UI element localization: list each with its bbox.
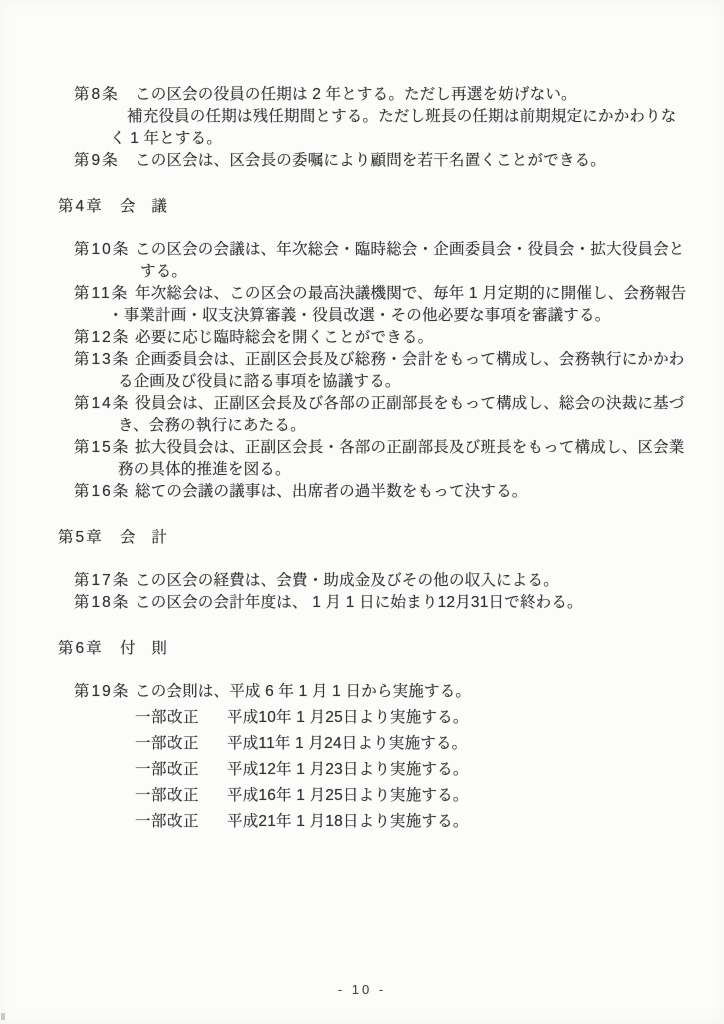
line-text: 総ての会議の議事は、出席者の過半数をもって決する。 bbox=[135, 483, 528, 500]
line-text: 会 議 bbox=[120, 198, 167, 215]
line-text: 補充役員の任期は残任期間とする。ただし班長の任期は前期規定にかかわりな bbox=[127, 108, 677, 125]
article-line: 第8条この区会の役員の任期は 2 年とする。ただし再選を妨げない。 bbox=[0, 84, 724, 106]
article-number: 第14条 bbox=[74, 393, 135, 415]
page-number: - 10 - bbox=[0, 982, 724, 997]
article-line: 第11条年次総会は、この区会の最高決議機関で、毎年 1 月定期的に開催し、会務報… bbox=[0, 283, 724, 305]
article-line: 第9条この区会は、区会長の委嘱により顧問を若干名置くことができる。 bbox=[0, 150, 724, 172]
amendment-label: 一部改正 bbox=[135, 809, 227, 835]
article-line: 第10条この区会の会議は、年次総会・臨時総会・企画委員会・役員会・拡大役員会と bbox=[0, 239, 724, 261]
article-number: 第16条 bbox=[74, 481, 135, 503]
article-number: 第12条 bbox=[74, 327, 135, 349]
line-text: 平成16年 1 月25日より実施する。 bbox=[227, 787, 469, 804]
chapter-heading-line: 第6章付 則 bbox=[0, 638, 724, 660]
line-text: する。 bbox=[140, 263, 187, 280]
line-text: この区会の会計年度は、 1 月 1 日に始まり12月31日で終わる。 bbox=[135, 594, 583, 611]
line-text: 平成10年 1 月25日より実施する。 bbox=[227, 709, 469, 726]
line-text: る企画及び役員に諮る事項を協議する。 bbox=[118, 373, 401, 390]
chapter-number: 第5章 bbox=[58, 527, 120, 549]
line-text: 平成12年 1 月23日より実施する。 bbox=[227, 761, 469, 778]
continuation-line: き、会務の執行にあたる。 bbox=[0, 415, 724, 437]
line-text: ・事業計画・収支決算審義・役員改選・その他必要な事項を審議する。 bbox=[108, 307, 610, 324]
amendment-label: 一部改正 bbox=[135, 731, 227, 757]
line-text: き、会務の執行にあたる。 bbox=[118, 417, 306, 434]
amendment-label: 一部改正 bbox=[135, 705, 227, 731]
line-text: この区会は、区会長の委嘱により顧問を若干名置くことができる。 bbox=[135, 152, 606, 169]
chapter-heading-line: 第5章会 計 bbox=[0, 527, 724, 549]
amendment-line: 一部改正平成21年 1 月18日より実施する。 bbox=[0, 809, 724, 835]
line-text: 付 則 bbox=[120, 640, 167, 657]
line-text: 必要に応じ臨時総会を開くことができる。 bbox=[135, 329, 433, 346]
article-number: 第15条 bbox=[74, 437, 135, 459]
article-line: 第18条この区会の会計年度は、 1 月 1 日に始まり12月31日で終わる。 bbox=[0, 592, 724, 614]
chapter-number: 第6章 bbox=[58, 638, 120, 660]
article-line: 第19条この会則は、平成 6 年 1 月 1 日から実施する。 bbox=[0, 681, 724, 703]
article-line: 第15条拡大役員会は、正副区会長・各部の正副部長及び班長をもって構成し、区会業 bbox=[0, 437, 724, 459]
scanned-document-page: 第8条この区会の役員の任期は 2 年とする。ただし再選を妨げない。補充役員の任期… bbox=[0, 0, 724, 1024]
line-text: 平成11年 1 月24日より実施する。 bbox=[227, 735, 467, 752]
line-text: 企画委員会は、正副区会長及び総務・会計をもって構成し、会務執行にかかわ bbox=[135, 351, 685, 368]
line-text: 年次総会は、この区会の最高決議機関で、毎年 1 月定期的に開催し、会務報告 bbox=[135, 285, 686, 302]
line-text: この会則は、平成 6 年 1 月 1 日から実施する。 bbox=[135, 683, 471, 700]
amendment-line: 一部改正平成11年 1 月24日より実施する。 bbox=[0, 731, 724, 757]
continuation-line: 務の具体的推進を図る。 bbox=[0, 459, 724, 481]
article-line: 第13条企画委員会は、正副区会長及び総務・会計をもって構成し、会務執行にかかわ bbox=[0, 349, 724, 371]
line-text: 会 計 bbox=[120, 529, 167, 546]
article-number: 第9条 bbox=[74, 150, 135, 172]
line-text: 平成21年 1 月18日より実施する。 bbox=[227, 813, 469, 830]
continuation-line: ・事業計画・収支決算審義・役員改選・その他必要な事項を審議する。 bbox=[0, 305, 724, 327]
document-body: 第8条この区会の役員の任期は 2 年とする。ただし再選を妨げない。補充役員の任期… bbox=[0, 0, 724, 835]
article-number: 第13条 bbox=[74, 349, 135, 371]
article-line: 第12条必要に応じ臨時総会を開くことができる。 bbox=[0, 327, 724, 349]
line-text: 拡大役員会は、正副区会長・各部の正副部長及び班長をもって構成し、区会業 bbox=[135, 439, 685, 456]
amendment-label: 一部改正 bbox=[135, 783, 227, 809]
article-line: 第17条この区会の経費は、会費・助成金及びその他の収入による。 bbox=[0, 570, 724, 592]
amendment-line: 一部改正平成16年 1 月25日より実施する。 bbox=[0, 783, 724, 809]
chapter-number: 第4章 bbox=[58, 196, 120, 218]
article-number: 第19条 bbox=[74, 681, 135, 703]
chapter-heading-line: 第4章会 議 bbox=[0, 196, 724, 218]
article-line: 第14条役員会は、正副区会長及び各部の正副部長をもって構成し、総会の決裁に基づ bbox=[0, 393, 724, 415]
line-text: この区会の会議は、年次総会・臨時総会・企画委員会・役員会・拡大役員会と bbox=[135, 241, 685, 258]
scan-artifact bbox=[1, 1013, 5, 1020]
article-number: 第17条 bbox=[74, 570, 135, 592]
continuation-line: する。 bbox=[0, 261, 724, 283]
amendment-label: 一部改正 bbox=[135, 757, 227, 783]
article-number: 第18条 bbox=[74, 592, 135, 614]
article-number: 第8条 bbox=[74, 84, 135, 106]
article-number: 第10条 bbox=[74, 239, 135, 261]
continuation-line: く 1 年とする。 bbox=[0, 128, 724, 150]
article-number: 第11条 bbox=[74, 283, 135, 305]
line-text: この区会の役員の任期は 2 年とする。ただし再選を妨げない。 bbox=[135, 86, 577, 103]
line-text: 役員会は、正副区会長及び各部の正副部長をもって構成し、総会の決裁に基づ bbox=[135, 395, 685, 412]
continuation-line: る企画及び役員に諮る事項を協議する。 bbox=[0, 371, 724, 393]
line-text: 務の具体的推進を図る。 bbox=[118, 461, 291, 478]
article-line: 第16条総ての会議の議事は、出席者の過半数をもって決する。 bbox=[0, 481, 724, 503]
amendment-line: 一部改正平成12年 1 月23日より実施する。 bbox=[0, 757, 724, 783]
line-text: く 1 年とする。 bbox=[110, 130, 222, 147]
continuation-line: 補充役員の任期は残任期間とする。ただし班長の任期は前期規定にかかわりな bbox=[0, 106, 724, 128]
amendment-line: 一部改正平成10年 1 月25日より実施する。 bbox=[0, 705, 724, 731]
line-text: この区会の経費は、会費・助成金及びその他の収入による。 bbox=[135, 572, 559, 589]
